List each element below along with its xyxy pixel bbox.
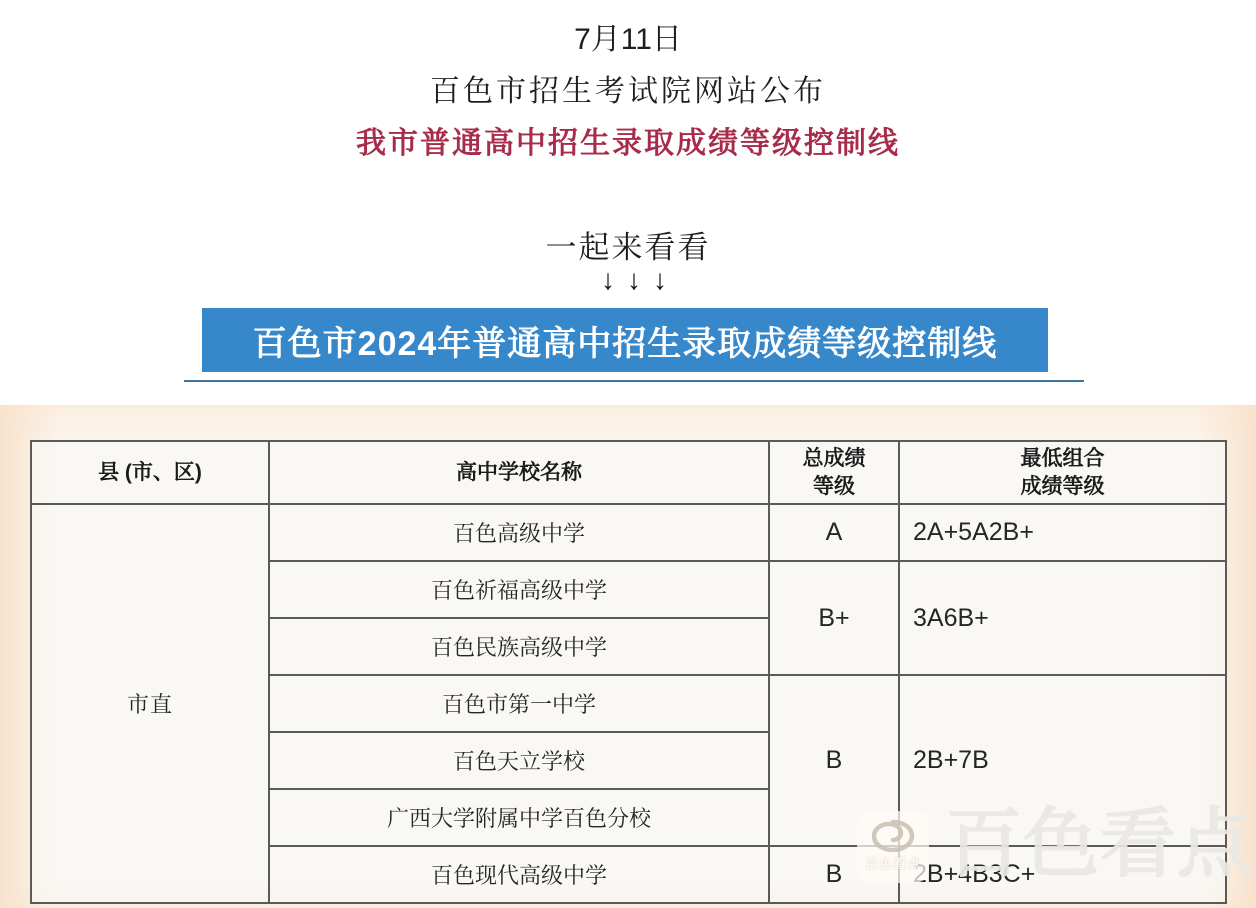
school-cell: 百色祈福高级中学 [269,561,769,618]
col-header-min-combo: 最低组合成绩等级 [899,441,1226,504]
table-header-row: 县 (市、区) 高中学校名称 总成绩等级 最低组合成绩等级 [31,441,1226,504]
grade-cell: A [769,504,899,561]
grade-cell: B+ [769,561,899,675]
intro-look-line: 一起来看看 [0,222,1256,267]
combo-cell: 2A+5A2B+ [899,504,1226,561]
banner-title-text: 百色市2024年普通高中招生录取成绩等级控制线 [253,316,998,365]
eye-swirl-icon [870,819,916,853]
school-cell: 百色市第一中学 [269,675,769,732]
down-arrows-icon: ↓↓↓ [0,264,1256,296]
intro-source: 百色市招生考试院网站公布 [0,66,1256,110]
school-cell: 百色天立学校 [269,732,769,789]
school-cell: 百色高级中学 [269,504,769,561]
school-cell: 百色民族高级中学 [269,618,769,675]
table-row: 市直 百色高级中学 A 2A+5A2B+ [31,504,1226,561]
col-header-school: 高中学校名称 [269,441,769,504]
watermark-logo-label: 百色看点 [865,853,921,872]
region-cell: 市直 [31,504,269,903]
col-header-region: 县 (市、区) [31,441,269,504]
divider-line [184,380,1084,382]
intro-date: 7月11日 [0,14,1256,58]
intro-headline: 我市普通高中招生录取成绩等级控制线 [0,118,1256,162]
watermark-logo: 百色看点 [857,811,929,883]
watermark-text: 百色看点 [946,799,1254,891]
banner-title: 百色市2024年普通高中招生录取成绩等级控制线 [202,308,1048,372]
school-cell: 百色现代高级中学 [269,846,769,903]
combo-cell: 3A6B+ [899,561,1226,675]
article-page: 7月11日 百色市招生考试院网站公布 我市普通高中招生录取成绩等级控制线 一起来… [0,0,1256,908]
school-cell: 广西大学附属中学百色分校 [269,789,769,846]
col-header-total-grade: 总成绩等级 [769,441,899,504]
